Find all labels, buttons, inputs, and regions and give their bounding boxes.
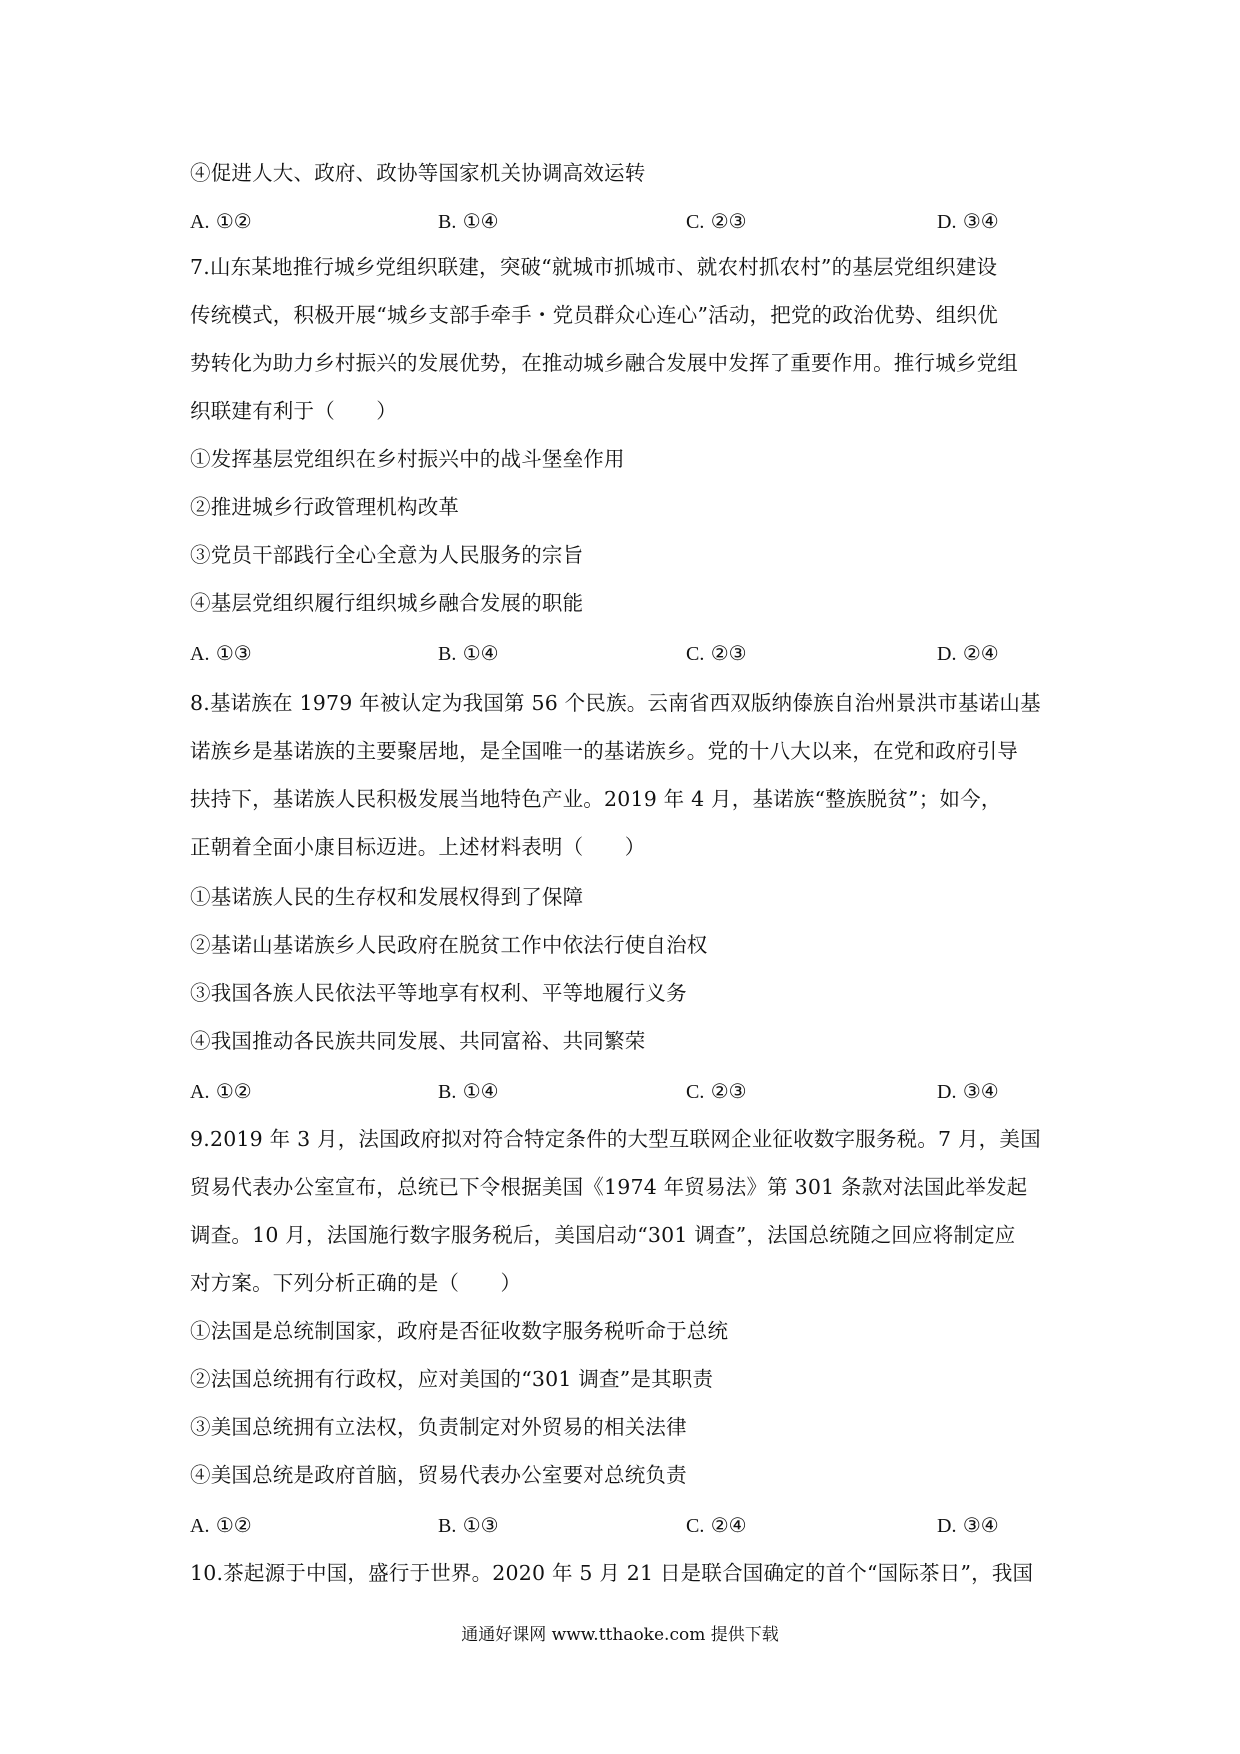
document-page: ④促进人大、政府、政协等国家机关协调高效运转 A. ①② B. ①④ C. ②③…: [0, 0, 1240, 1754]
q6-option-d: D. ③④: [937, 208, 999, 235]
q7-item-2: ②推进城乡行政管理机构改革: [190, 494, 1070, 520]
q9-stem-line-3: 调查。10 月，法国施行数字服务税后，美国启动“301 调查”，法国总统随之回应…: [190, 1222, 1070, 1248]
q10-stem-line-1: 10.茶起源于中国，盛行于世界。2020 年 5 月 21 日是联合国确定的首个…: [190, 1560, 1070, 1586]
q9-option-d: D. ③④: [937, 1512, 999, 1539]
q8-item-1: ①基诺族人民的生存权和发展权得到了保障: [190, 884, 1070, 910]
q8-item-4: ④我国推动各民族共同发展、共同富裕、共同繁荣: [190, 1028, 1070, 1054]
q7-option-b: B. ①④: [438, 640, 499, 667]
q7-option-c: C. ②③: [686, 640, 747, 667]
q9-item-1: ①法国是总统制国家，政府是否征收数字服务税听命于总统: [190, 1318, 1070, 1344]
q9-stem-line-2: 贸易代表办公室宣布，总统已下令根据美国《1974 年贸易法》第 301 条款对法…: [190, 1174, 1070, 1200]
q8-stem-line-2: 诺族乡是基诺族的主要聚居地，是全国唯一的基诺族乡。党的十八大以来，在党和政府引导: [190, 738, 1070, 764]
q9-options: A. ①② B. ①③ C. ②④ D. ③④: [190, 1512, 1070, 1538]
q9-item-2: ②法国总统拥有行政权，应对美国的“301 调查”是其职责: [190, 1366, 1070, 1392]
q8-option-a: A. ①②: [190, 1078, 252, 1105]
q7-item-1: ①发挥基层党组织在乡村振兴中的战斗堡垒作用: [190, 446, 1070, 472]
q7-item-3: ③党员干部践行全心全意为人民服务的宗旨: [190, 542, 1070, 568]
q9-option-c: C. ②④: [686, 1512, 747, 1539]
q8-options: A. ①② B. ①④ C. ②③ D. ③④: [190, 1078, 1070, 1104]
q8-item-3: ③我国各族人民依法平等地享有权利、平等地履行义务: [190, 980, 1070, 1006]
q9-item-3: ③美国总统拥有立法权，负责制定对外贸易的相关法律: [190, 1414, 1070, 1440]
q6-item-4: ④促进人大、政府、政协等国家机关协调高效运转: [190, 160, 1070, 186]
q9-option-b: B. ①③: [438, 1512, 499, 1539]
q7-options: A. ①③ B. ①④ C. ②③ D. ②④: [190, 640, 1070, 666]
q9-stem-line-1: 9.2019 年 3 月，法国政府拟对符合特定条件的大型互联网企业征收数字服务税…: [190, 1126, 1070, 1152]
q9-option-a: A. ①②: [190, 1512, 252, 1539]
q6-option-b: B. ①④: [438, 208, 499, 235]
q7-stem-line-2: 传统模式，积极开展“城乡支部手牵手・党员群众心连心”活动，把党的政治优势、组织优: [190, 302, 1070, 328]
q7-option-d: D. ②④: [937, 640, 999, 667]
q6-options: A. ①② B. ①④ C. ②③ D. ③④: [190, 208, 1070, 234]
q8-option-c: C. ②③: [686, 1078, 747, 1105]
q8-option-b: B. ①④: [438, 1078, 499, 1105]
q7-stem-line-1: 7.山东某地推行城乡党组织联建，突破“就城市抓城市、就农村抓农村”的基层党组织建…: [190, 254, 1070, 280]
q8-item-2: ②基诺山基诺族乡人民政府在脱贫工作中依法行使自治权: [190, 932, 1070, 958]
q8-stem-line-3: 扶持下，基诺族人民积极发展当地特色产业。2019 年 4 月，基诺族“整族脱贫”…: [190, 786, 1070, 812]
q7-stem-line-4: 织联建有利于（ ）: [190, 398, 1070, 424]
q8-stem-line-1: 8.基诺族在 1979 年被认定为我国第 56 个民族。云南省西双版纳傣族自治州…: [190, 690, 1070, 716]
q6-option-c: C. ②③: [686, 208, 747, 235]
q7-option-a: A. ①③: [190, 640, 252, 667]
q8-option-d: D. ③④: [937, 1078, 999, 1105]
q6-option-a: A. ①②: [190, 208, 252, 235]
q9-stem-line-4: 对方案。下列分析正确的是（ ）: [190, 1270, 1070, 1296]
q7-stem-line-3: 势转化为助力乡村振兴的发展优势，在推动城乡融合发展中发挥了重要作用。推行城乡党组: [190, 350, 1070, 376]
page-footer: 通通好课网 www.tthaoke.com 提供下载: [0, 1624, 1240, 1646]
q9-item-4: ④美国总统是政府首脑，贸易代表办公室要对总统负责: [190, 1462, 1070, 1488]
q8-stem-line-4: 正朝着全面小康目标迈进。上述材料表明（ ）: [190, 834, 1070, 860]
q7-item-4: ④基层党组织履行组织城乡融合发展的职能: [190, 590, 1070, 616]
